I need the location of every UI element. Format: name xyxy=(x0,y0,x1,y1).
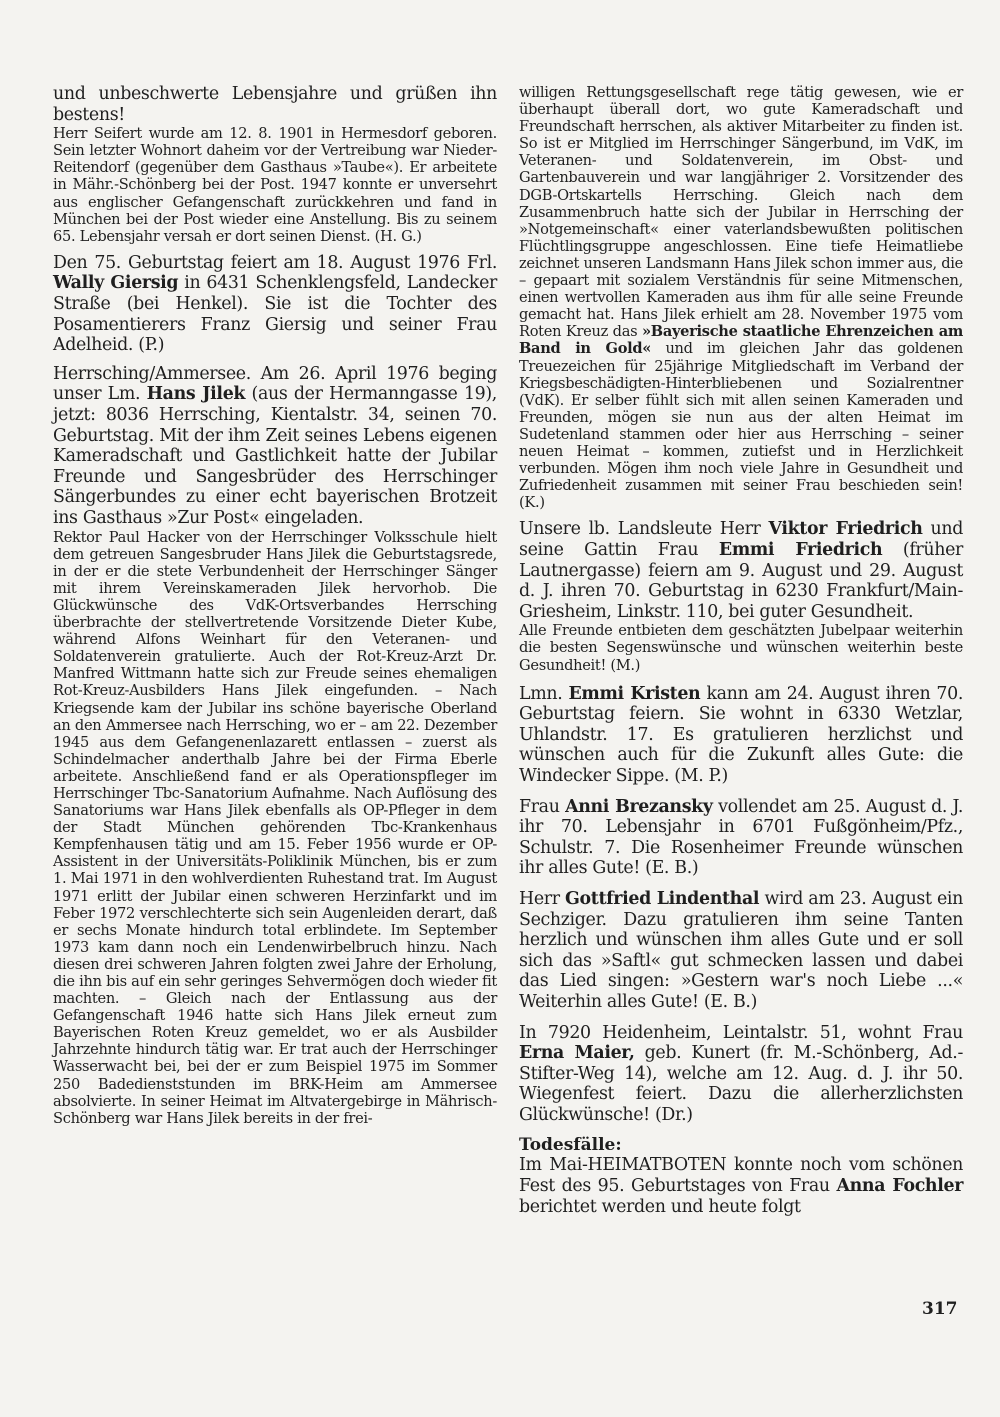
person-name: Erna Maier, xyxy=(519,1043,635,1063)
paragraph-lindenthal: Herr Gottfried Lindenthal wird am 23. Au… xyxy=(519,889,963,1013)
paragraph-maier: In 7920 Heidenheim, Leintalstr. 51, wohn… xyxy=(519,1023,963,1126)
text: Unsere lb. Landsleute Herr xyxy=(519,519,769,539)
person-name: Emmi Kristen xyxy=(568,684,700,704)
paragraph-seifert: Herr Seifert wurde am 12. 8. 1901 in Her… xyxy=(53,125,497,245)
text: und im gleichen Jahr das goldenen Treuez… xyxy=(519,340,963,511)
paragraph-jilek-story: Rektor Paul Hacker von der Herrschinger … xyxy=(53,529,497,1127)
paragraph-giersig: Den 75. Geburtstag feiert am 18. August … xyxy=(53,253,497,356)
text: (aus der Hermanngasse 19), jetzt: 8036 H… xyxy=(53,384,497,528)
paragraph-jilek-continued: willigen Rettungsgesellschaft rege tätig… xyxy=(519,84,963,511)
text: Den 75. Geburtstag feiert am 18. August … xyxy=(53,253,497,273)
person-name: Wally Giersig xyxy=(53,273,178,293)
person-name: Gottfried Lindenthal xyxy=(565,889,759,909)
section-heading-deaths: Todesfälle: xyxy=(519,1135,963,1155)
left-column: und unbeschwerte Lebensjahre und grüßen … xyxy=(53,84,497,1127)
paragraph-closing-greeting: und unbeschwerte Lebensjahre und grüßen … xyxy=(53,84,497,125)
person-name: Emmi Friedrich xyxy=(719,540,882,560)
paragraph-kristen: Lmn. Emmi Kristen kann am 24. August ihr… xyxy=(519,684,963,787)
text: In 7920 Heidenheim, Leintalstr. 51, wohn… xyxy=(519,1023,963,1043)
person-name: Anni Brezansky xyxy=(565,797,713,817)
paragraph-friedrich: Unsere lb. Landsleute Herr Viktor Friedr… xyxy=(519,519,963,622)
paragraph-friedrich-wishes: Alle Freunde entbieten dem geschätzten J… xyxy=(519,622,963,673)
text: Frau xyxy=(519,797,565,817)
person-name: Viktor Friedrich xyxy=(769,519,923,539)
person-name: Anna Fochler xyxy=(836,1176,963,1196)
person-name: Hans Jilek xyxy=(147,384,246,404)
paragraph-brezansky: Frau Anni Brezansky vollendet am 25. Aug… xyxy=(519,797,963,879)
paragraph-fochler: Im Mai-HEIMATBOTEN konnte noch vom schön… xyxy=(519,1155,963,1217)
right-column: willigen Rettungsgesellschaft rege tätig… xyxy=(519,84,963,1217)
paragraph-jilek-intro: Herrsching/Ammersee. Am 26. April 1976 b… xyxy=(53,364,497,529)
text: Herr xyxy=(519,889,565,909)
page-number: 317 xyxy=(922,1299,958,1319)
text: berichtet werden und heute folgt xyxy=(519,1197,801,1217)
text: Lmn. xyxy=(519,684,568,704)
text: willigen Rettungsgesellschaft rege tätig… xyxy=(519,84,963,340)
